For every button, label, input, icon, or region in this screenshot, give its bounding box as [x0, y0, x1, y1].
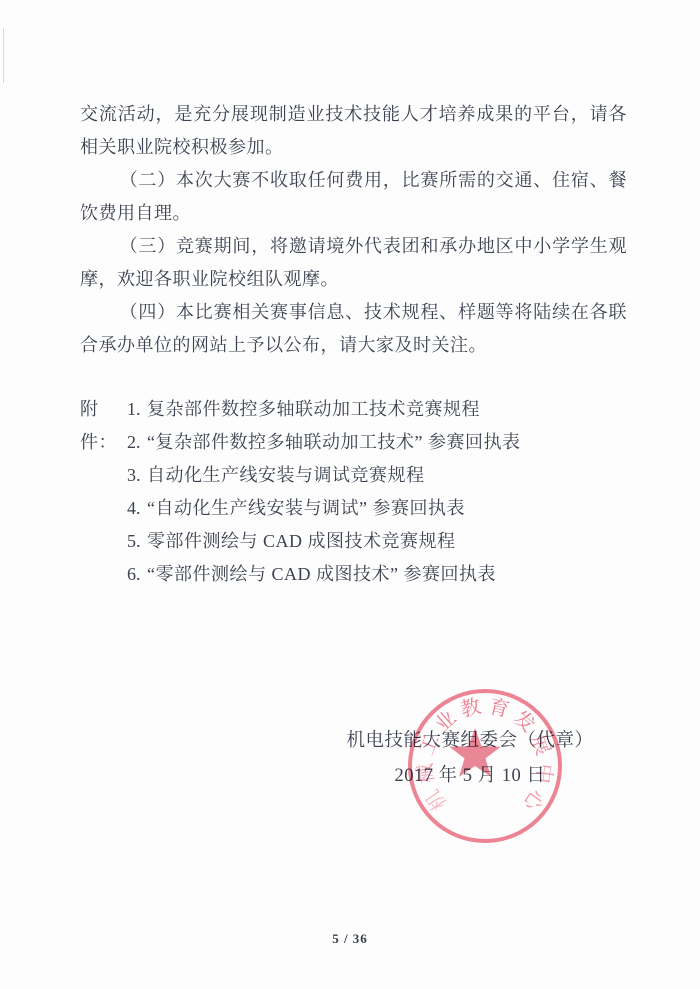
attachment-item: 2.“复杂部件数控多轴联动加工技术” 参赛回执表 — [127, 426, 640, 459]
signature-organization: 机电技能大赛组委会（代章） — [320, 724, 620, 759]
stamp-arc-char: 育 — [487, 695, 512, 722]
attachment-number: 6. — [127, 558, 143, 591]
attachment-title: 复杂部件数控多轴联动加工技术竞赛规程 — [147, 399, 480, 419]
attachment-item: 6.“零部件测绘与 CAD 成图技术” 参赛回执表 — [127, 558, 640, 591]
attachment-title: 零部件测绘与 CAD 成图技术竞赛规程 — [147, 531, 456, 551]
attachment-title: “自动化生产线安装与调试” 参赛回执表 — [147, 498, 465, 518]
document-body: 交流活动，是充分展现制造业技术技能人才培养成果的平台，请各相关职业院校积极参加。… — [80, 98, 627, 362]
attachment-number: 1. — [127, 393, 143, 426]
attachment-item: 1.复杂部件数控多轴联动加工技术竞赛规程 — [127, 393, 640, 426]
page-number: 5 / 36 — [0, 931, 700, 947]
signature-block: 机电技能大赛组委会（代章） 2017 年 5 月 10 日 — [320, 724, 620, 794]
attachments-list: 1.复杂部件数控多轴联动加工技术竞赛规程 2.“复杂部件数控多轴联动加工技术” … — [127, 393, 640, 591]
attachment-item: 5.零部件测绘与 CAD 成图技术竞赛规程 — [127, 525, 640, 558]
paragraph: （四）本比赛相关赛事信息、技术规程、样题等将陆续在各联合承办单位的网站上予以公布… — [80, 296, 627, 362]
paragraph: 交流活动，是充分展现制造业技术技能人才培养成果的平台，请各相关职业院校积极参加。 — [80, 98, 627, 164]
attachment-number: 3. — [127, 459, 143, 492]
attachment-item: 3.自动化生产线安装与调试竞赛规程 — [127, 459, 640, 492]
attachment-title: 自动化生产线安装与调试竞赛规程 — [147, 465, 425, 485]
attachments-section: 附件： 1.复杂部件数控多轴联动加工技术竞赛规程 2.“复杂部件数控多轴联动加工… — [80, 393, 640, 591]
scanned-document-page: 交流活动，是充分展现制造业技术技能人才培养成果的平台，请各相关职业院校积极参加。… — [0, 0, 700, 989]
attachment-title: “零部件测绘与 CAD 成图技术” 参赛回执表 — [147, 564, 496, 584]
attachment-item: 4.“自动化生产线安装与调试” 参赛回执表 — [127, 492, 640, 525]
stamp-arc-char: 教 — [458, 695, 483, 722]
attachments-label: 附件： — [80, 393, 127, 459]
signature-date: 2017 年 5 月 10 日 — [320, 759, 620, 794]
attachment-number: 2. — [127, 426, 143, 459]
attachment-title: “复杂部件数控多轴联动加工技术” 参赛回执表 — [147, 432, 520, 452]
scan-artifact-line — [3, 28, 4, 83]
paragraph: （三）竞赛期间，将邀请境外代表团和承办地区中小学学生观摩，欢迎各职业院校组队观摩… — [80, 230, 627, 296]
attachment-number: 4. — [127, 492, 143, 525]
paragraph: （二）本次大赛不收取任何费用，比赛所需的交通、住宿、餐饮费用自理。 — [80, 164, 627, 230]
attachment-number: 5. — [127, 525, 143, 558]
